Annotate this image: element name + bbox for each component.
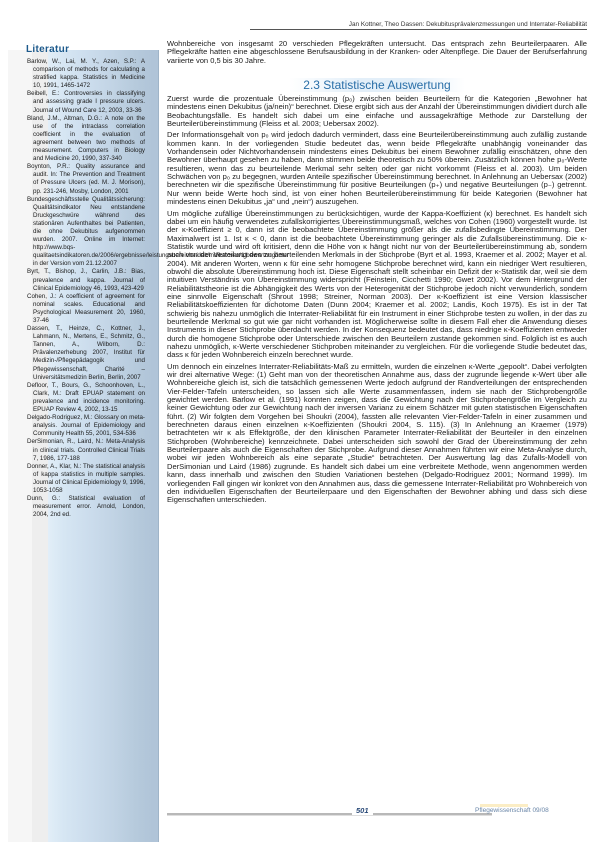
reference-item: Dassen, T., Heinze, C., Kottner, J., Lah… [27,325,145,382]
body-paragraph: Zuerst wurde die prozentuale Übereinstim… [167,95,587,128]
reference-list: Barlow, W., Lai, M. Y., Azen, S.P.: A co… [27,58,145,519]
reference-item: Delgado-Rodriguez, M.: Glossary on meta-… [27,414,145,438]
reference-item: Bundesgeschäftsstelle Qualitätssicherung… [27,196,145,269]
reference-item: Dunn, G.: Statistical evaluation of meas… [27,495,145,519]
reference-item: Donner, A., Klar, N.: The statistical an… [27,463,145,495]
main-text-column: Wohnbereiche von insgesamt 20 verschiede… [167,40,587,508]
reference-item: Beibell, E.: Controversies in classifyin… [27,90,145,114]
reference-item: Boynton, P.R.: Quality assurance and aud… [27,163,145,195]
journal-name: Pflegewissenschaft 09/08 [475,807,549,814]
reference-item: Defloor, T., Bours, G., Schoonhoven, L.,… [27,382,145,414]
body-paragraph: Um mögliche zufällige Übereinstimmungen … [167,210,587,360]
body-paragraph: Um dennoch ein einzelnes Interrater-Reli… [167,363,587,505]
reference-item: Bland, J.M., Altman, D.G.: A note on the… [27,115,145,164]
reference-item: Cohen, J.: A coefficient of agreement fo… [27,293,145,325]
references-title: Literatur [26,44,69,55]
body-paragraph: Der Informationsgehalt von p₀ wird jedoc… [167,131,587,206]
footer-rule [167,813,492,816]
intro-paragraph: Wohnbereiche von insgesamt 20 verschiede… [167,40,587,65]
reference-item: Byrt, T., Bishop, J., Carlin, J.B.: Bias… [27,268,145,292]
reference-item: Barlow, W., Lai, M. Y., Azen, S.P.: A co… [27,58,145,90]
section-heading: 2.3 Statistische Auswertung [167,78,587,92]
running-header: Jan Kottner, Theo Dassen: Dekubituspräva… [250,21,587,30]
section-heading-text: 2.3 Statistische Auswertung [289,78,464,92]
reference-item: DerSimonian, R., Laird, N.: Meta-Analysi… [27,438,145,462]
page-number: 501 [352,806,373,815]
